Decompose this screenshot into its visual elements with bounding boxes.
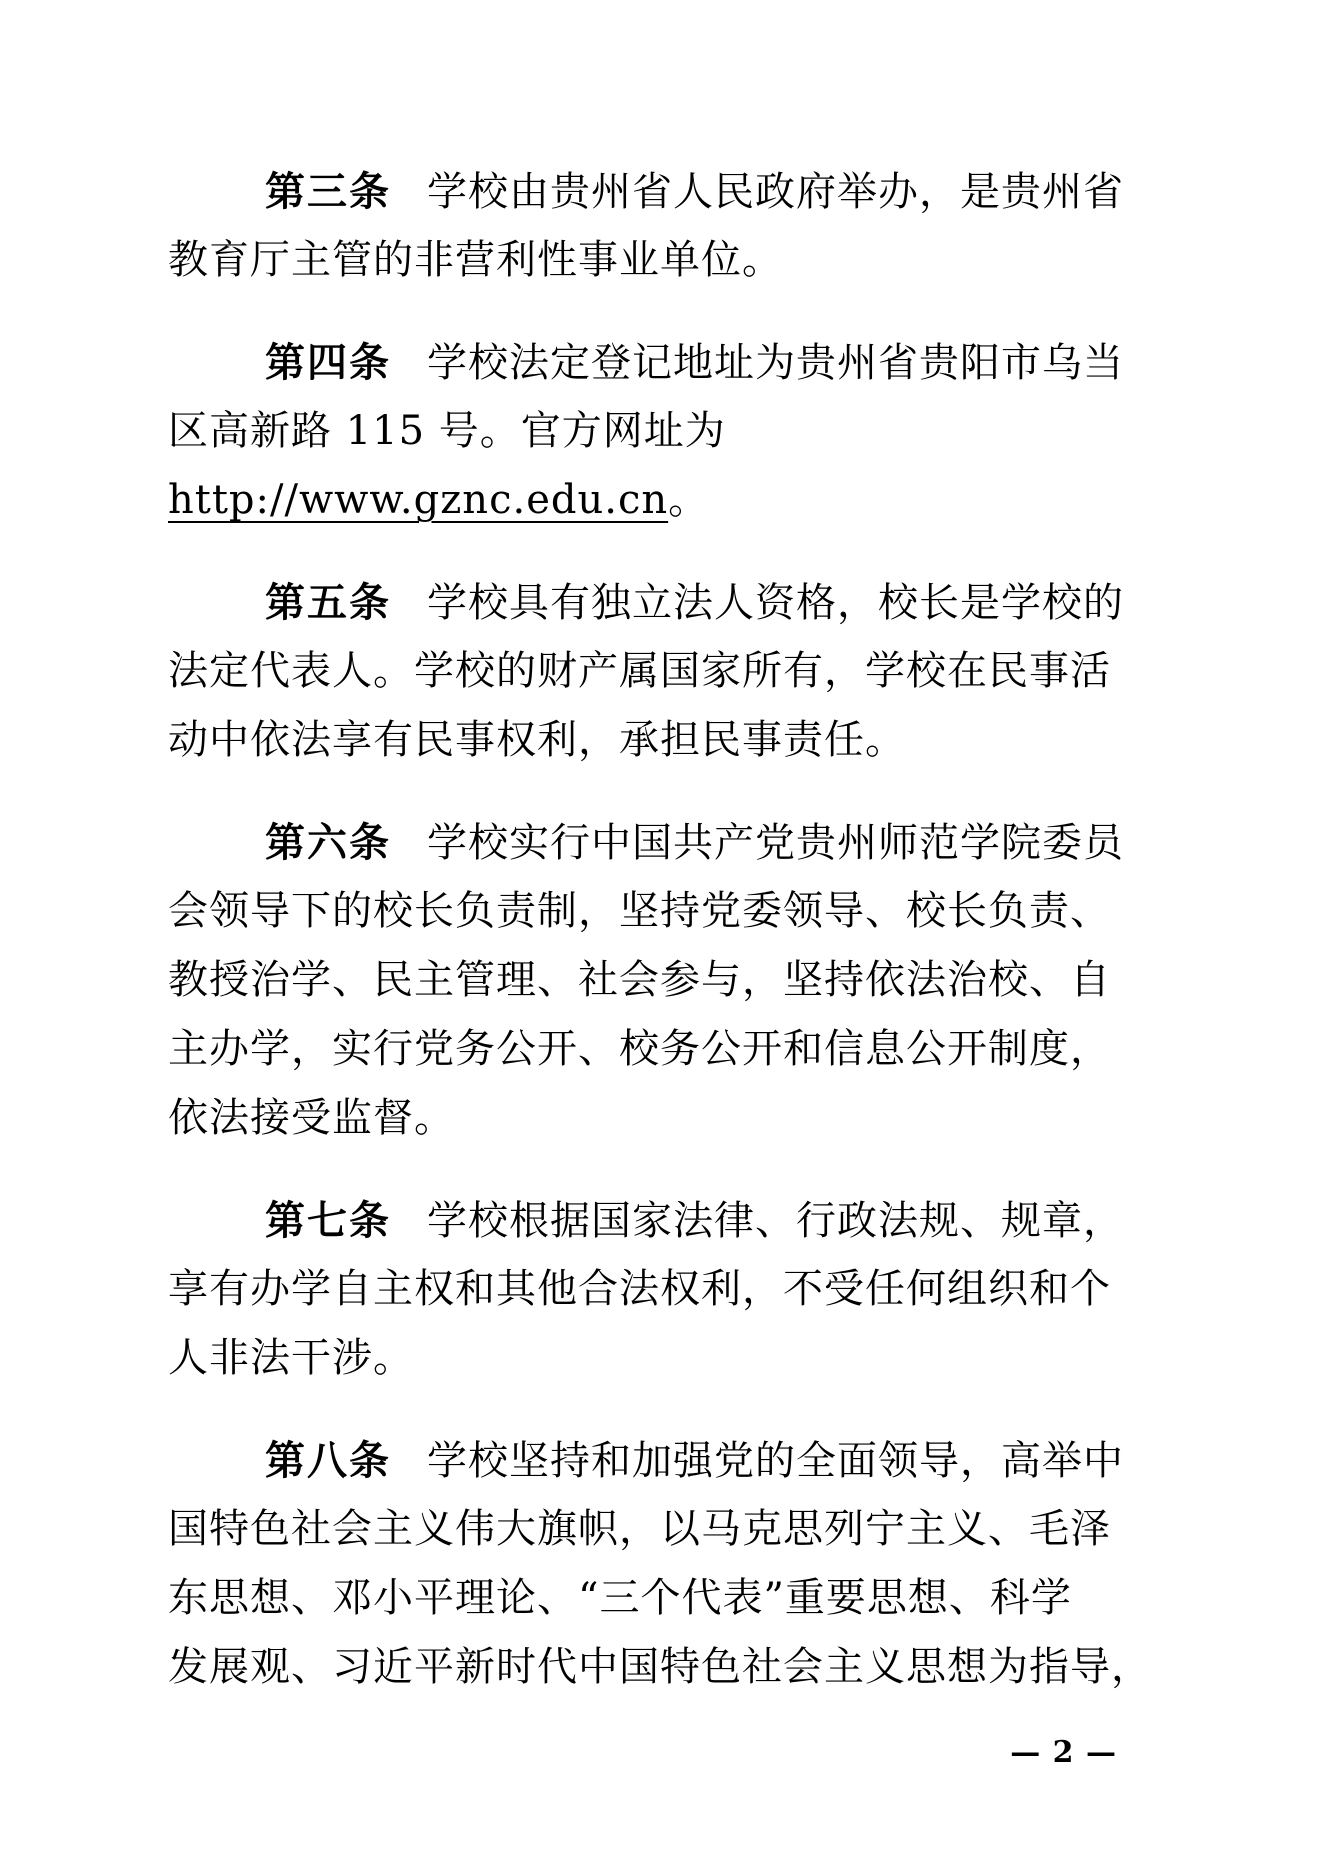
text-line: 依法接受监督。 (168, 1084, 1120, 1153)
article-paragraph: 第四条学校法定登记地址为贵州省贵阳市乌当区高新路 115 号。官方网址为http… (168, 328, 1120, 535)
article-number: 第六条 (265, 819, 391, 866)
article-paragraph: 第七条学校根据国家法律、行政法规、规章，享有办学自主权和其他合法权利，不受任何组… (168, 1186, 1120, 1393)
school-website-link[interactable]: http://www.gznc.edu.cn (168, 477, 668, 523)
text-line: 国特色社会主义伟大旗帜，以马克思列宁主义、毛泽 (168, 1495, 1120, 1564)
line-text: 享有办学自主权和其他合法权利，不受任何组织和个 (168, 1266, 1111, 1312)
line-text: 区高新路 115 号。官方网址为 (168, 408, 726, 454)
text-line: 区高新路 115 号。官方网址为 (168, 397, 1120, 466)
line-text: 法定代表人。学校的财产属国家所有，学校在民事活 (168, 648, 1111, 694)
text-line: 东思想、邓小平理论、“三个代表”重要思想、科学 (168, 1564, 1120, 1633)
article-number: 第五条 (265, 579, 391, 626)
text-line: 教育厅主管的非营利性事业单位。 (168, 226, 1120, 295)
article-number: 第四条 (265, 339, 391, 386)
text-line: 第七条学校根据国家法律、行政法规、规章， (168, 1186, 1120, 1255)
line-text: 依法接受监督。 (168, 1095, 455, 1141)
text-line: http://www.gznc.edu.cn。 (168, 466, 1120, 535)
text-line: 动中依法享有民事权利，承担民事责任。 (168, 706, 1120, 775)
text-line: 第四条学校法定登记地址为贵州省贵阳市乌当 (168, 328, 1120, 397)
document-page: 第三条学校由贵州省人民政府举办，是贵州省教育厅主管的非营利性事业单位。第四条学校… (0, 0, 1323, 1871)
line-text: 学校坚持和加强党的全面领导，高举中 (427, 1438, 1124, 1484)
text-line: 第五条学校具有独立法人资格，校长是学校的 (168, 568, 1120, 637)
text-line: 法定代表人。学校的财产属国家所有，学校在民事活 (168, 637, 1120, 706)
text-line: 享有办学自主权和其他合法权利，不受任何组织和个 (168, 1255, 1120, 1324)
text-line: 会领导下的校长负责制，坚持党委领导、校长负责、 (168, 877, 1120, 946)
text-line: 第三条学校由贵州省人民政府举办，是贵州省 (168, 157, 1120, 226)
line-text: 东思想、邓小平理论、“三个代表”重要思想、科学 (168, 1575, 1072, 1621)
line-text: 教育厅主管的非营利性事业单位。 (168, 237, 783, 283)
text-line: 教授治学、民主管理、社会参与，坚持依法治校、自 (168, 946, 1120, 1015)
text-line: 人非法干涉。 (168, 1324, 1120, 1393)
article-paragraph: 第三条学校由贵州省人民政府举办，是贵州省教育厅主管的非营利性事业单位。 (168, 157, 1120, 295)
text-line: 第八条学校坚持和加强党的全面领导，高举中 (168, 1426, 1120, 1495)
line-text: 人非法干涉。 (168, 1335, 414, 1381)
line-text: 动中依法享有民事权利，承担民事责任。 (168, 717, 906, 763)
text-line: 发展观、习近平新时代中国特色社会主义思想为指导， (168, 1633, 1120, 1702)
line-text: 国特色社会主义伟大旗帜，以马克思列宁主义、毛泽 (168, 1506, 1111, 1552)
text-line: 主办学，实行党务公开、校务公开和信息公开制度， (168, 1015, 1120, 1084)
line-text: 会领导下的校长负责制，坚持党委领导、校长负责、 (168, 888, 1111, 934)
line-text: 学校实行中国共产党贵州师范学院委员 (427, 820, 1124, 866)
line-text: 教授治学、民主管理、社会参与，坚持依法治校、自 (168, 957, 1111, 1003)
article-number: 第七条 (265, 1197, 391, 1244)
article-paragraph: 第五条学校具有独立法人资格，校长是学校的法定代表人。学校的财产属国家所有，学校在… (168, 568, 1120, 775)
url-suffix: 。 (668, 477, 709, 523)
page-number: — 2 — (1010, 1736, 1117, 1770)
line-text: 主办学，实行党务公开、校务公开和信息公开制度， (168, 1026, 1111, 1072)
line-text: 发展观、习近平新时代中国特色社会主义思想为指导， (168, 1644, 1152, 1690)
article-paragraph: 第八条学校坚持和加强党的全面领导，高举中国特色社会主义伟大旗帜，以马克思列宁主义… (168, 1426, 1120, 1702)
line-text: 学校具有独立法人资格，校长是学校的 (427, 580, 1124, 626)
article-number: 第八条 (265, 1437, 391, 1484)
line-text: 学校法定登记地址为贵州省贵阳市乌当 (427, 340, 1124, 386)
line-text: 学校由贵州省人民政府举办，是贵州省 (427, 169, 1124, 215)
text-line: 第六条学校实行中国共产党贵州师范学院委员 (168, 808, 1120, 877)
line-text: 学校根据国家法律、行政法规、规章， (427, 1198, 1124, 1244)
article-paragraph: 第六条学校实行中国共产党贵州师范学院委员会领导下的校长负责制，坚持党委领导、校长… (168, 808, 1120, 1153)
article-number: 第三条 (265, 168, 391, 215)
document-body: 第三条学校由贵州省人民政府举办，是贵州省教育厅主管的非营利性事业单位。第四条学校… (168, 157, 1120, 1702)
